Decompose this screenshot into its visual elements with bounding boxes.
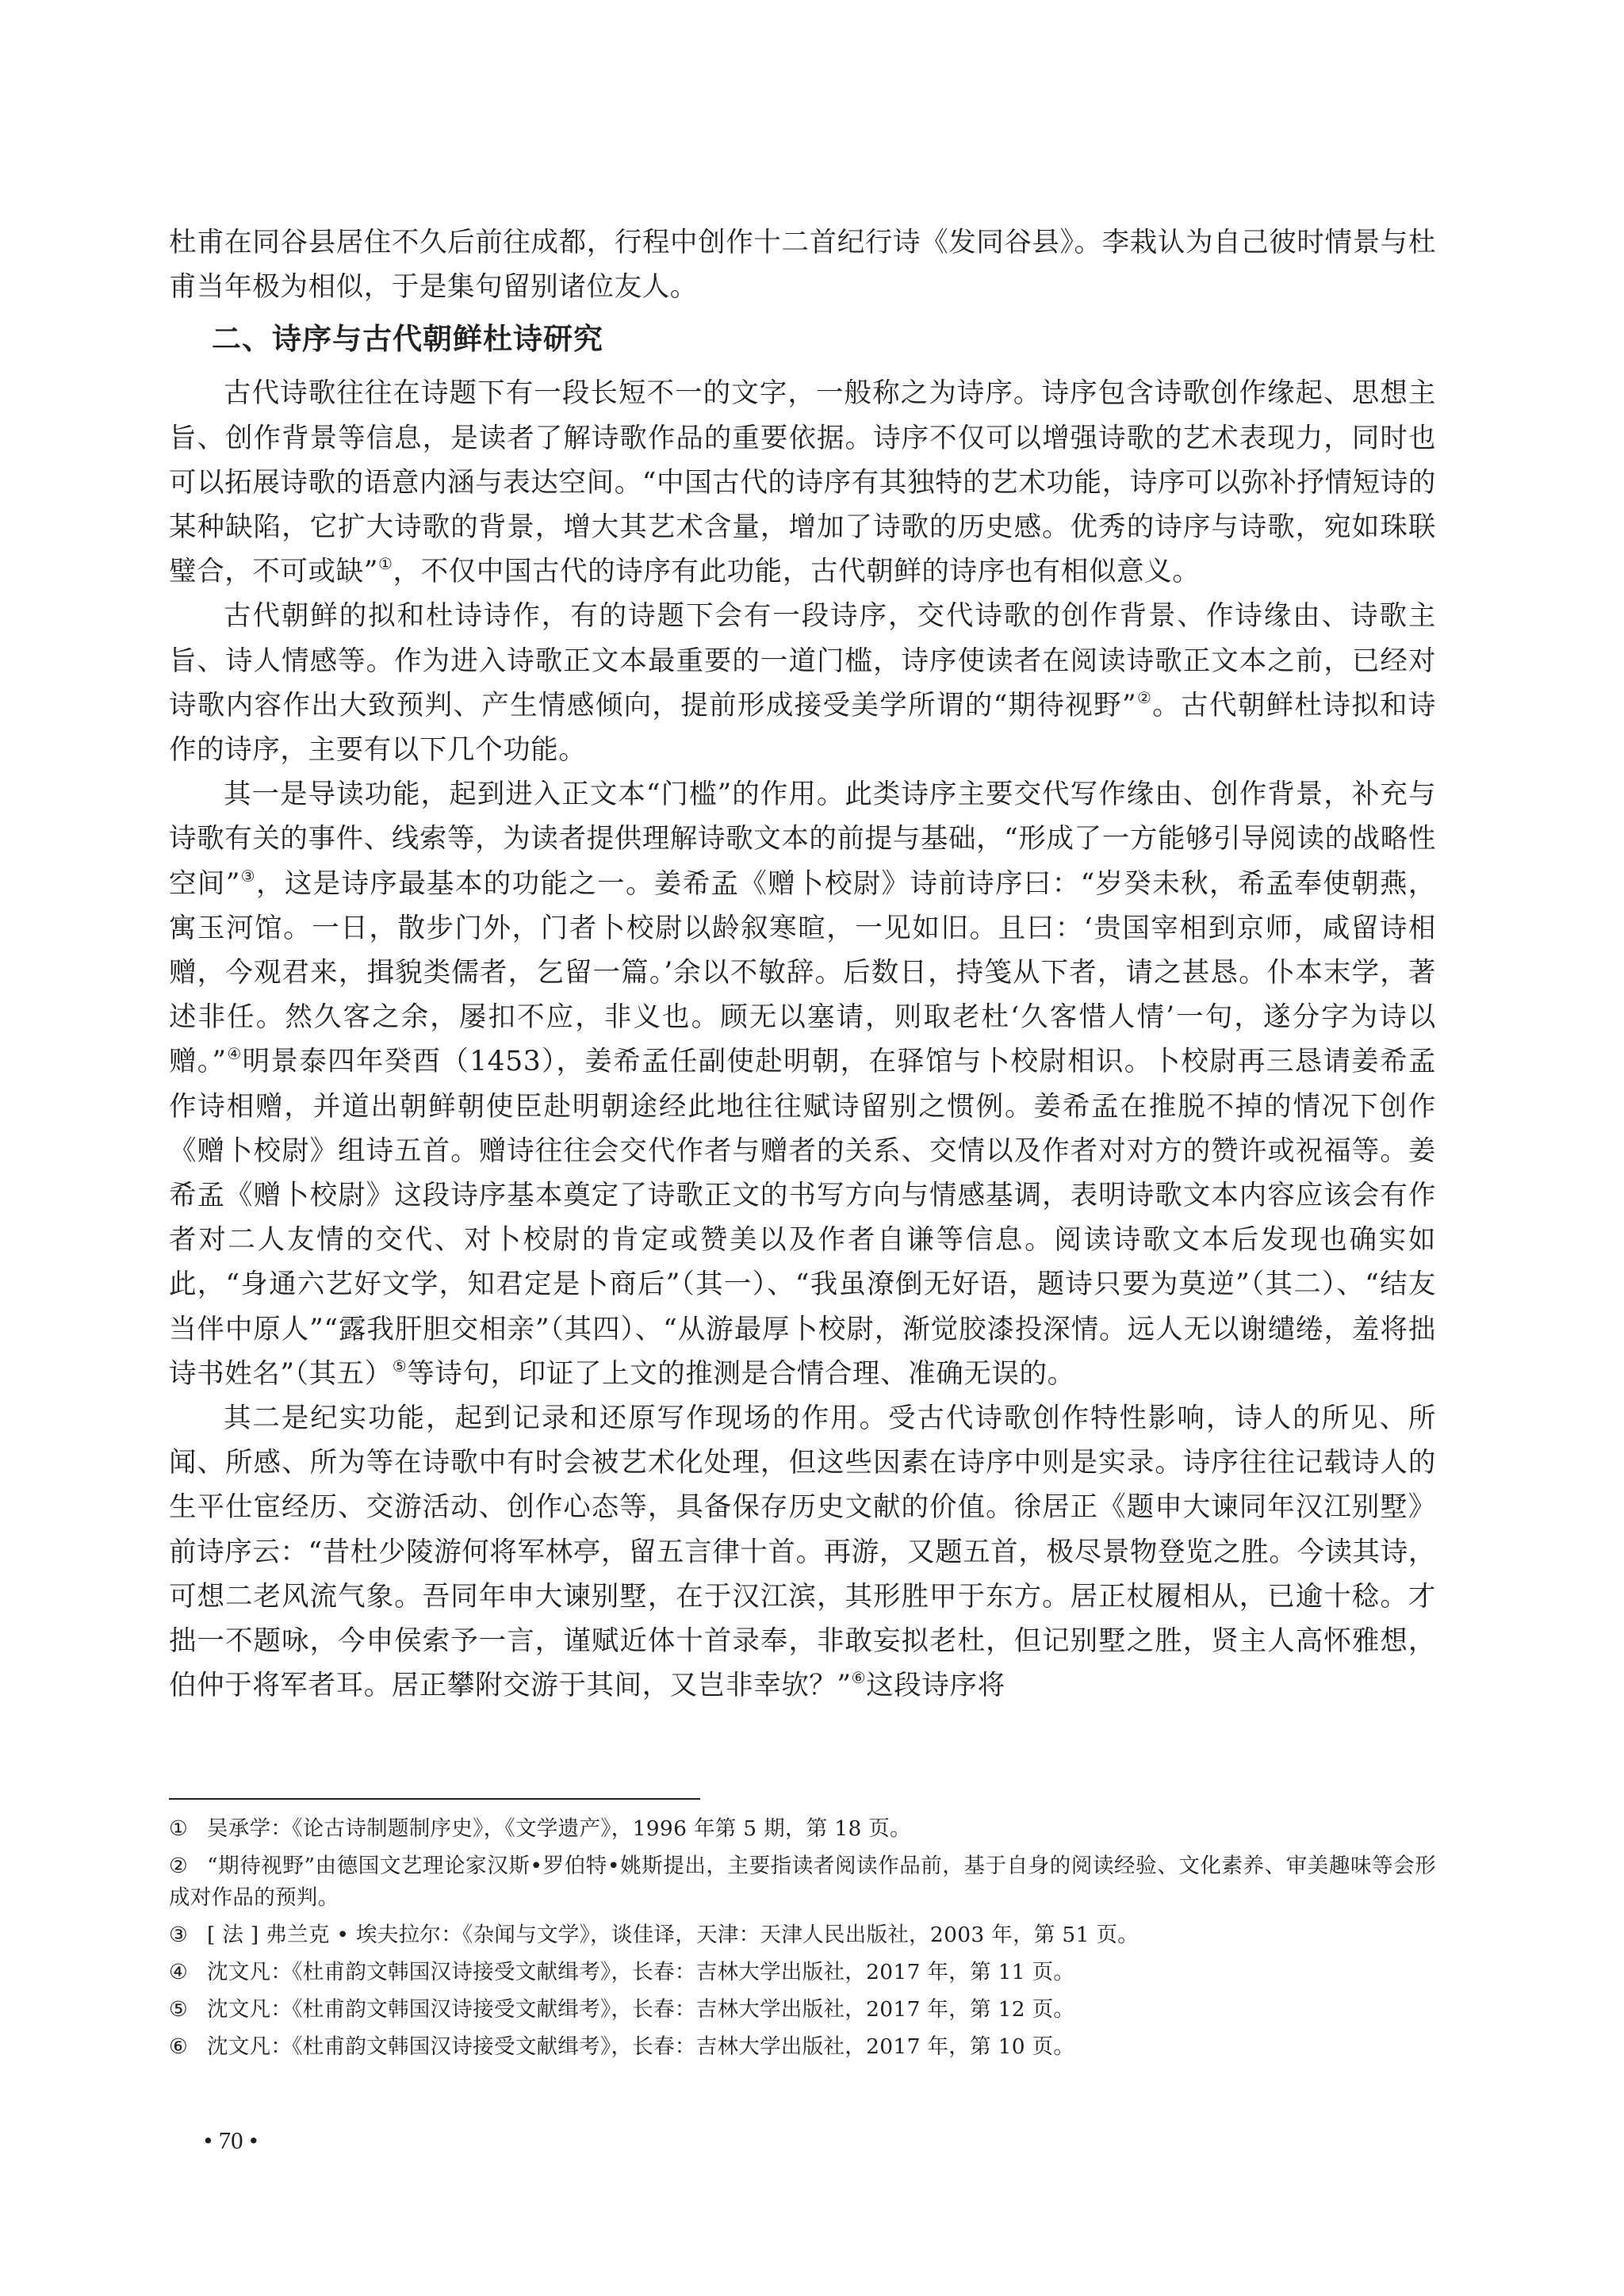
page-number: • 70 • bbox=[204, 2125, 258, 2156]
footnote-4: ④沈文凡：《杜甫韵文韩国汉诗接受文献缉考》，长春：吉林大学出版社，2017 年，… bbox=[169, 1957, 1436, 1988]
paragraph-2: 古代朝鲜的拟和杜诗诗作，有的诗题下会有一段诗序，交代诗歌的创作背景、作诗缘由、诗… bbox=[169, 594, 1436, 772]
footnote-ref-4[interactable]: ④ bbox=[227, 1044, 243, 1063]
footnote-2: ②“期待视野”由德国文艺理论家汉斯•罗伯特•姚斯提出，主要指读者阅读作品前，基于… bbox=[169, 1850, 1436, 1914]
paragraph-3: 其一是导读功能，起到进入正文本“门槛”的作用。此类诗序主要交代写作缘由、创作背景… bbox=[169, 772, 1436, 1396]
footnote-ref-5[interactable]: ⑤ bbox=[393, 1357, 408, 1376]
body-text: 杜甫在同谷县居住不久后前往成都，行程中创作十二首纪行诗《发同谷县》。李栽认为自己… bbox=[169, 220, 1436, 1709]
footnote-ref-3[interactable]: ③ bbox=[240, 867, 256, 886]
footnote-ref-6[interactable]: ⑥ bbox=[852, 1668, 867, 1687]
continuation-paragraph: 杜甫在同谷县居住不久后前往成都，行程中创作十二首纪行诗《发同谷县》。李栽认为自己… bbox=[169, 220, 1436, 309]
paragraph-4: 其二是纪实功能，起到记录和还原写作现场的作用。受古代诗歌创作特性影响，诗人的所见… bbox=[169, 1396, 1436, 1708]
footnote-3: ③[ 法 ] 弗兰克 • 埃夫拉尔：《杂闻与文学》，谈佳译，天津：天津人民出版社… bbox=[169, 1919, 1436, 1951]
footnotes: ①吴承学：《论古诗制题制序史》，《文学遗产》，1996 年第 5 期，第 18 … bbox=[169, 1813, 1436, 2068]
footnote-1: ①吴承学：《论古诗制题制序史》，《文学遗产》，1996 年第 5 期，第 18 … bbox=[169, 1813, 1436, 1845]
footnote-ref-1[interactable]: ① bbox=[378, 554, 393, 573]
footnote-divider bbox=[169, 1798, 700, 1800]
footnote-6: ⑥沈文凡：《杜甫韵文韩国汉诗接受文献缉考》，长春：吉林大学出版社，2017 年，… bbox=[169, 2031, 1436, 2063]
paragraph-1: 古代诗歌往往在诗题下有一段长短不一的文字，一般称之为诗序。诗序包含诗歌创作缘起、… bbox=[169, 371, 1436, 594]
section-heading: 二、诗序与古代朝鲜杜诗研究 bbox=[212, 317, 1436, 362]
footnote-ref-2[interactable]: ② bbox=[1136, 688, 1152, 707]
footnote-5: ⑤沈文凡：《杜甫韵文韩国汉诗接受文献缉考》，长春：吉林大学出版社，2017 年，… bbox=[169, 1994, 1436, 2026]
